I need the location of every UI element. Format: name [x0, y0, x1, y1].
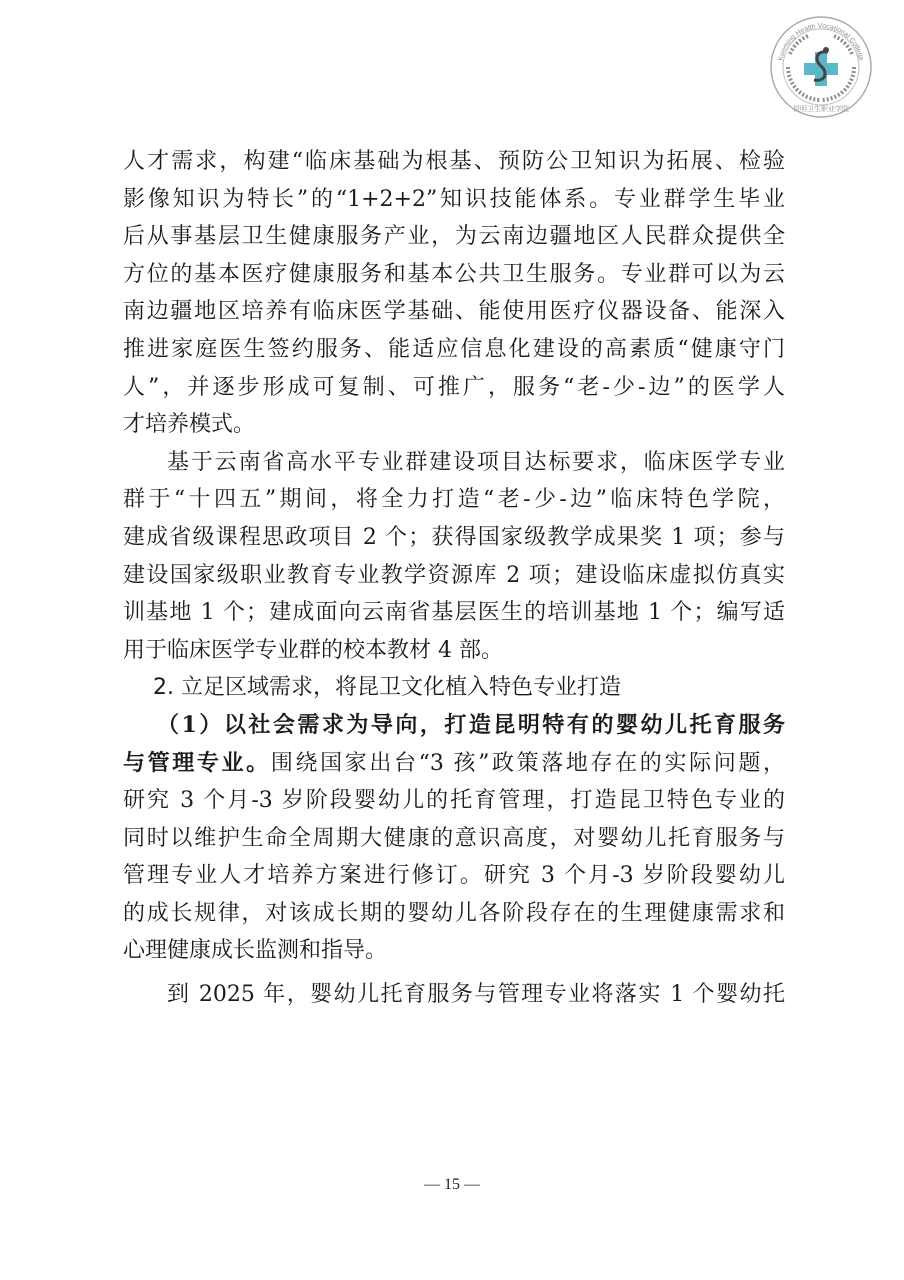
body-line: 建成省级课程思政项目 2 个；获得国家级教学成果奖 1 项；参与	[123, 519, 785, 557]
document-body: 人才需求，构建“临床基础为根基、预防公卫知识为拓展、检验 影像知识为特长”的“1…	[123, 143, 785, 1014]
college-seal-logo: Kunming Health Vocational College 昆明卫生职业…	[768, 14, 874, 120]
body-line: 建设国家级职业教育专业教学资源库 2 项；建设临床虚拟仿真实	[123, 557, 785, 595]
body-line: 群于“十四五”期间，将全力打造“老-少-边”临床特色学院，	[123, 481, 785, 519]
subsection-heading-cont: 与管理专业。	[123, 750, 271, 776]
section-heading: 2. 立足区域需求，将昆卫文化植入特色专业打造	[123, 669, 785, 707]
body-line: 影像知识为特长”的“1+2+2”知识技能体系。专业群学生毕业	[123, 181, 785, 219]
college-seal-icon: Kunming Health Vocational College 昆明卫生职业…	[768, 14, 874, 120]
page-number: — 15 —	[0, 1176, 904, 1194]
body-line: 人才需求，构建“临床基础为根基、预防公卫知识为拓展、检验	[123, 143, 785, 181]
body-line: 推进家庭医生签约服务、能适应信息化建设的高素质“健康守门	[123, 331, 785, 369]
body-line: 南边疆地区培养有临床医学基础、能使用医疗仪器设备、能深入	[123, 293, 785, 331]
body-line: 研究 3 个月-3 岁阶段婴幼儿的托育管理，打造昆卫特色专业的	[123, 782, 785, 820]
body-line: 用于临床医学专业群的校本教材 4 部。	[123, 632, 785, 670]
body-text: 围绕国家出台“3 孩”政策落地存在的实际问题，	[271, 751, 785, 776]
body-line: 同时以维护生命全周期大健康的意识高度，对婴幼儿托育服务与	[123, 820, 785, 858]
body-line: 管理专业人才培养方案进行修订。研究 3 个月-3 岁阶段婴幼儿	[123, 857, 785, 895]
body-line: 到 2025 年，婴幼儿托育服务与管理专业将落实 1 个婴幼托	[123, 976, 785, 1014]
body-line: 心理健康成长监测和指导。	[123, 932, 785, 970]
body-line: 后从事基层卫生健康服务产业，为云南边疆地区人民群众提供全	[123, 218, 785, 256]
body-line: 的成长规律，对该成长期的婴幼儿各阶段存在的生理健康需求和	[123, 895, 785, 933]
body-line: 人”，并逐步形成可复制、可推广，服务“老-少-边”的医学人	[123, 369, 785, 407]
svg-text:昆明卫生职业学院: 昆明卫生职业学院	[793, 104, 849, 113]
subsection-heading: （1）以社会需求为导向，打造昆明特有的婴幼儿托育服务	[123, 707, 785, 745]
body-line: 训基地 1 个；建成面向云南省基层医生的培训基地 1 个；编写适	[123, 594, 785, 632]
body-line: 方位的基本医疗健康服务和基本公共卫生服务。专业群可以为云	[123, 256, 785, 294]
body-line: 与管理专业。围绕国家出台“3 孩”政策落地存在的实际问题，	[123, 745, 785, 783]
body-line: 基于云南省高水平专业群建设项目达标要求，临床医学专业	[123, 444, 785, 482]
body-line: 才培养模式。	[123, 406, 785, 444]
